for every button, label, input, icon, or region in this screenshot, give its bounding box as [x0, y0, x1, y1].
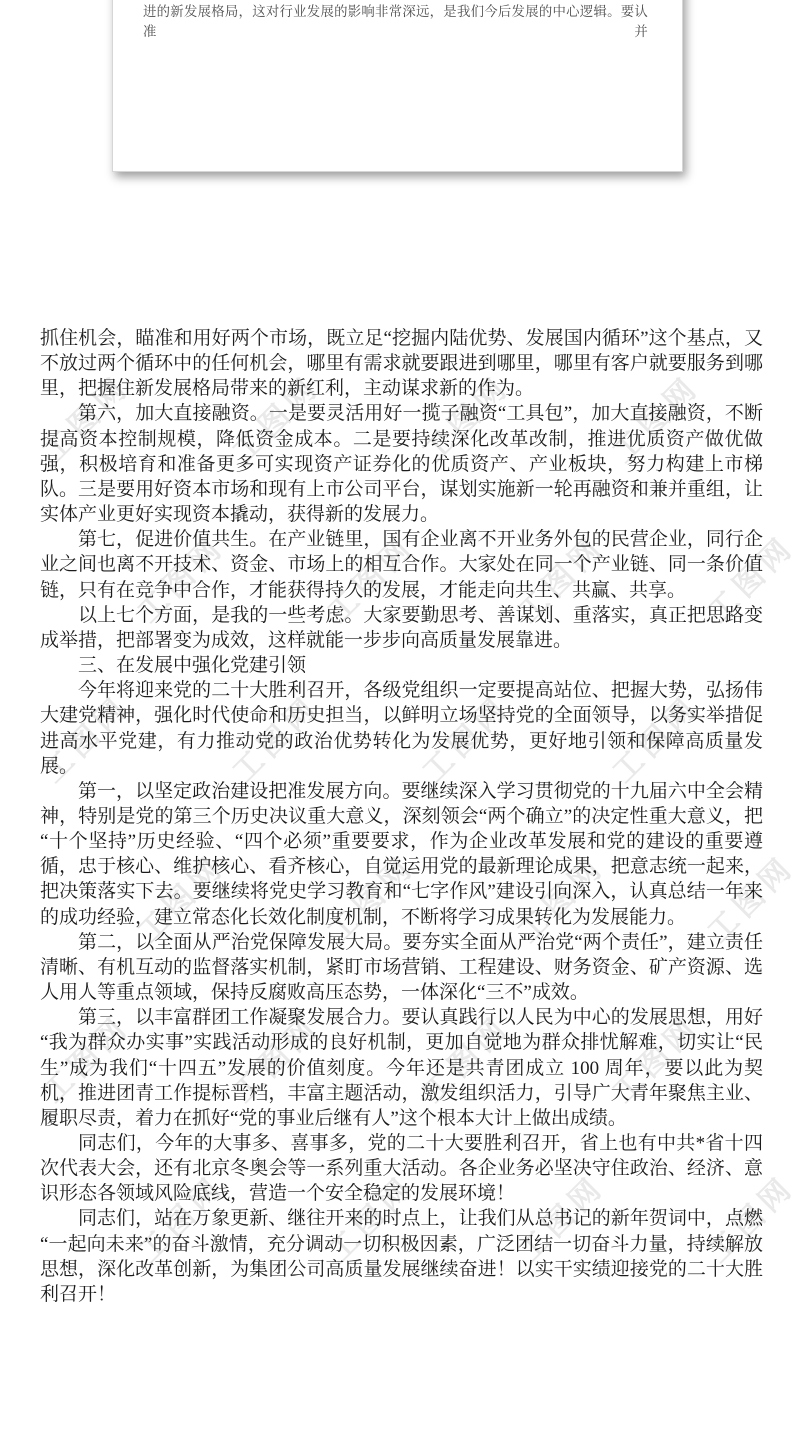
- document-viewer: 进的新发展格局，这对行业发展的影响非常深远，是我们今后发展的中心逻辑。要认准并 …: [0, 0, 800, 1434]
- document-body: 抓住机会，瞄准和用好两个市场，既立足“挖掘内陆优势、发展国内循环”这个基点，又不…: [40, 326, 763, 1307]
- paragraph: 第六，加大直接融资。一是要灵活用好一揽子融资“工具包”，加大直接融资，不断提高资…: [40, 401, 763, 527]
- paragraph: 以上七个方面，是我的一些考虑。大家要勤思考、善谋划、重落实，真正把思路变成举措，…: [40, 603, 763, 653]
- paragraph: 第七，促进价值共生。在产业链里，国有企业离不开业务外包的民营企业，同行企业之间也…: [40, 527, 763, 602]
- paragraph: 三、在发展中强化党建引领: [40, 653, 763, 678]
- paragraph: 今年将迎来党的二十大胜利召开，各级党组织一定要提高站位、把握大势，弘扬伟大建党精…: [40, 678, 763, 779]
- paragraph: 第三，以丰富群团工作凝聚发展合力。要认真践行以人民为中心的发展思想，用好“我为群…: [40, 1005, 763, 1131]
- previous-page-preview-card: 进的新发展格局，这对行业发展的影响非常深远，是我们今后发展的中心逻辑。要认准并: [112, 0, 683, 172]
- paragraph: 第一，以坚定政治建设把准发展方向。要继续深入学习贯彻党的十九届六中全会精神，特别…: [40, 779, 763, 930]
- paragraph: 同志们，今年的大事多、喜事多，党的二十大要胜利召开，省上也有中共*省十四次代表大…: [40, 1131, 763, 1206]
- paragraph: 第二，以全面从严治党保障发展大局。要夯实全面从严治党“两个责任”，建立责任清晰、…: [40, 930, 763, 1005]
- previous-page-text: 进的新发展格局，这对行业发展的影响非常深远，是我们今后发展的中心逻辑。要认准并: [143, 2, 648, 42]
- paragraph: 抓住机会，瞄准和用好两个市场，既立足“挖掘内陆优势、发展国内循环”这个基点，又不…: [40, 326, 763, 401]
- paragraph: 同志们，站在万象更新、继往开来的时点上，让我们从总书记的新年贺词中，点燃“一起向…: [40, 1206, 763, 1307]
